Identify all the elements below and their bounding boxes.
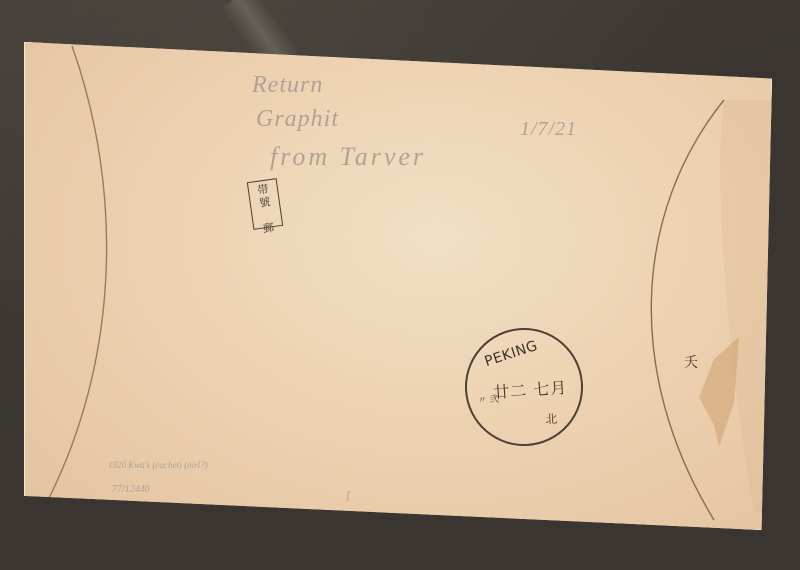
postmark-city: PEKING: [483, 338, 540, 370]
envelope-flap-lines: [24, 42, 772, 530]
ink-mark: 夭: [684, 352, 698, 372]
pencil-date: 1/7/21: [520, 118, 577, 141]
chinese-seal-stamp: 帯 號 郵: [247, 178, 283, 230]
pencil-note-line2: Graphit: [256, 106, 339, 133]
postmark-date: 廿二 七月: [492, 375, 568, 403]
pencil-small-note: 1920 Kwa's (cachet) (airl?): [108, 460, 208, 470]
postmark-bottom-text: 北: [545, 410, 558, 428]
pencil-note-line1: Return: [252, 72, 323, 99]
pencil-tick-mark: ʃ: [346, 488, 350, 503]
envelope-back: [24, 42, 772, 530]
pencil-reference-number: 77/12440: [112, 484, 150, 495]
pencil-note-line3: from Tarver: [270, 142, 426, 172]
